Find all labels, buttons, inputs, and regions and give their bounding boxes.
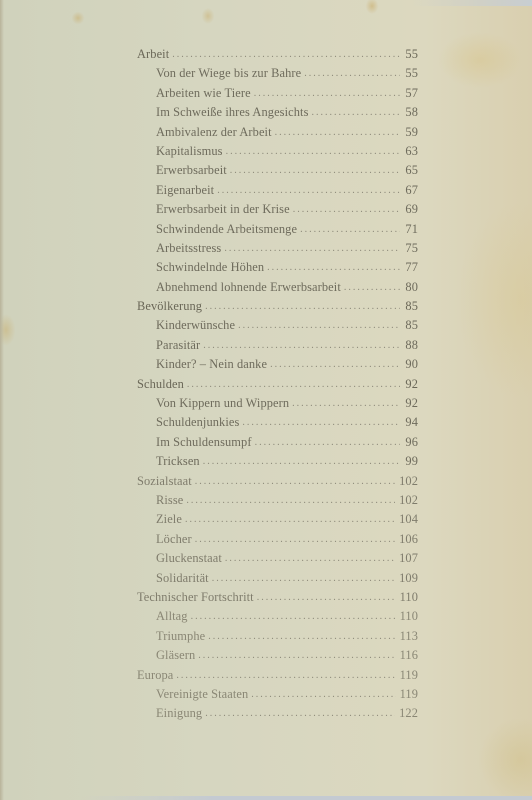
toc-entry-title: Gläsern [156,646,195,665]
dot-leader [275,123,400,142]
toc-entry-schulden: Schulden92 [137,375,418,394]
dot-leader [217,181,400,200]
toc-entry: Vereinigte Staaten119 [137,685,418,704]
toc-entry-title: Kapitalismus [156,142,223,161]
toc-entry: Risse102 [137,491,418,510]
toc-entry-page: 106 [399,530,418,549]
toc-entry: Arbeiten wie Tiere57 [137,84,418,103]
toc-entry-title: Bevölkerung [137,297,202,316]
toc-entry: Arbeitsstress75 [137,239,418,258]
dot-leader [293,200,400,219]
table-of-contents: Arbeit55 Von der Wiege bis zur Bahre55 A… [137,45,418,724]
dot-leader [226,142,400,161]
toc-entry: Kapitalismus63 [137,142,418,161]
toc-entry: Tricksen99 [137,452,418,471]
dot-leader [187,375,400,394]
dot-leader [205,297,400,316]
page-left-edge-shadow [0,0,4,800]
dot-leader [186,491,395,510]
toc-entry-page: 85 [404,297,418,316]
book-page: Arbeit55 Von der Wiege bis zur Bahre55 A… [0,0,532,800]
dot-leader [172,45,400,64]
dot-leader [203,452,400,471]
toc-entry: Im Schuldensumpf96 [137,433,418,452]
toc-entry: Triumphe113 [137,627,418,646]
toc-entry: Schuldenjunkies94 [137,413,418,432]
toc-entry-page: 104 [399,510,418,529]
toc-entry-title: Im Schuldensumpf [156,433,252,452]
toc-entry-page: 59 [404,123,418,142]
toc-entry-page: 102 [399,472,418,491]
toc-entry: Von Kippern und Wippern92 [137,394,418,413]
toc-entry: Kinder? – Nein danke90 [137,355,418,374]
toc-entry-page: 116 [400,646,418,665]
toc-entry: Alltag110 [137,607,418,626]
toc-entry-title: Schulden [137,375,184,394]
dot-leader [230,161,400,180]
toc-entry-title: Alltag [156,607,188,626]
dot-leader [257,588,396,607]
dot-leader [205,704,395,723]
toc-entry-title: Risse [156,491,183,510]
toc-entry-title: Schuldenjunkies [156,413,239,432]
toc-entry-title: Kinderwünsche [156,316,235,335]
toc-entry: Gläsern116 [137,646,418,665]
toc-entry-title: Einigung [156,704,202,723]
dot-leader [195,472,395,491]
toc-entry: Erwerbsarbeit65 [137,161,418,180]
dot-leader [292,394,400,413]
toc-entry: Löcher106 [137,530,418,549]
toc-entry-bevoelkerung: Bevölkerung85 [137,297,418,316]
dot-leader [270,355,400,374]
toc-entry-title: Arbeitsstress [156,239,221,258]
toc-entry-title: Kinder? – Nein danke [156,355,267,374]
toc-entry-page: 65 [404,161,418,180]
dot-leader [212,569,395,588]
toc-entry-page: 94 [404,413,418,432]
toc-entry-title: Solidarität [156,569,209,588]
toc-entry-title: Abnehmend lohnende Erwerbsarbeit [156,278,341,297]
toc-entry-title: Arbeiten wie Tiere [156,84,251,103]
toc-entry-page: 67 [404,181,418,200]
toc-entry-title: Erwerbsarbeit in der Krise [156,200,290,219]
toc-entry-page: 110 [400,607,418,626]
toc-entry-title: Im Schweiße ihres Angesichts [156,103,309,122]
page-bottom-edge [80,796,532,800]
toc-entry-page: 109 [399,569,418,588]
dot-leader [191,607,396,626]
toc-entry-page: 99 [404,452,418,471]
toc-entry-title: Schwindende Arbeitsmenge [156,220,297,239]
toc-entry: Schwindende Arbeitsmenge71 [137,220,418,239]
toc-entry: Gluckenstaat107 [137,549,418,568]
dot-leader [251,685,395,704]
toc-entry-page: 122 [399,704,418,723]
toc-entry-title: Technischer Fortschritt [137,588,254,607]
toc-entry-title: Europa [137,666,173,685]
dot-leader [344,278,400,297]
dot-leader [255,433,400,452]
page-top-edge [412,0,532,6]
toc-entry: Eigenarbeit67 [137,181,418,200]
toc-entry-title: Gluckenstaat [156,549,222,568]
toc-entry-technischer-fortschritt: Technischer Fortschritt110 [137,588,418,607]
toc-entry-europa: Europa119 [137,666,418,685]
toc-entry-title: Erwerbsarbeit [156,161,227,180]
toc-entry-title: Von der Wiege bis zur Bahre [156,64,301,83]
toc-entry-page: 90 [404,355,418,374]
toc-entry-page: 96 [404,433,418,452]
toc-entry-page: 119 [400,685,418,704]
toc-entry-page: 55 [404,64,418,83]
toc-entry-page: 113 [400,627,418,646]
toc-entry-title: Löcher [156,530,192,549]
toc-entry: Ziele104 [137,510,418,529]
toc-entry: Im Schweiße ihres Angesichts58 [137,103,418,122]
toc-entry-page: 71 [404,220,418,239]
dot-leader [224,239,400,258]
toc-entry-page: 88 [404,336,418,355]
dot-leader [267,258,400,277]
toc-entry-page: 107 [399,549,418,568]
toc-entry-title: Ziele [156,510,182,529]
toc-entry-page: 85 [404,316,418,335]
dot-leader [208,627,395,646]
dot-leader [176,666,395,685]
toc-entry: Abnehmend lohnende Erwerbsarbeit80 [137,278,418,297]
dot-leader [242,413,400,432]
toc-entry-page: 102 [399,491,418,510]
dot-leader [238,316,400,335]
toc-entry-arbeit: Arbeit55 [137,45,418,64]
toc-entry-page: 69 [404,200,418,219]
toc-entry-title: Eigenarbeit [156,181,214,200]
toc-entry: Einigung122 [137,704,418,723]
toc-entry-title: Von Kippern und Wippern [156,394,289,413]
toc-entry-title: Sozialstaat [137,472,192,491]
dot-leader [195,530,395,549]
toc-entry: Parasitär88 [137,336,418,355]
toc-entry: Erwerbsarbeit in der Krise69 [137,200,418,219]
toc-entry-title: Arbeit [137,45,169,64]
toc-entry-page: 58 [404,103,418,122]
toc-entry: Ambivalenz der Arbeit59 [137,123,418,142]
toc-entry: Solidarität109 [137,569,418,588]
toc-entry-title: Ambivalenz der Arbeit [156,123,272,142]
dot-leader [225,549,395,568]
dot-leader [198,646,395,665]
dot-leader [312,103,401,122]
toc-entry-page: 77 [404,258,418,277]
toc-entry: Von der Wiege bis zur Bahre55 [137,64,418,83]
dot-leader [300,220,400,239]
dot-leader [254,84,400,103]
toc-entry-title: Vereinigte Staaten [156,685,248,704]
dot-leader [185,510,395,529]
toc-entry-page: 119 [400,666,418,685]
toc-entry-page: 92 [404,375,418,394]
toc-entry-title: Tricksen [156,452,200,471]
toc-entry-page: 75 [404,239,418,258]
toc-entry-title: Schwindelnde Höhen [156,258,264,277]
dot-leader [203,336,400,355]
toc-entry: Kinderwünsche85 [137,316,418,335]
toc-entry-page: 55 [404,45,418,64]
toc-entry-page: 63 [404,142,418,161]
toc-entry-sozialstaat: Sozialstaat102 [137,472,418,491]
dot-leader [304,64,400,83]
toc-entry-page: 57 [404,84,418,103]
toc-entry-title: Triumphe [156,627,205,646]
toc-entry-title: Parasitär [156,336,200,355]
toc-entry-page: 110 [400,588,418,607]
toc-entry-page: 92 [404,394,418,413]
toc-entry: Schwindelnde Höhen77 [137,258,418,277]
toc-entry-page: 80 [404,278,418,297]
